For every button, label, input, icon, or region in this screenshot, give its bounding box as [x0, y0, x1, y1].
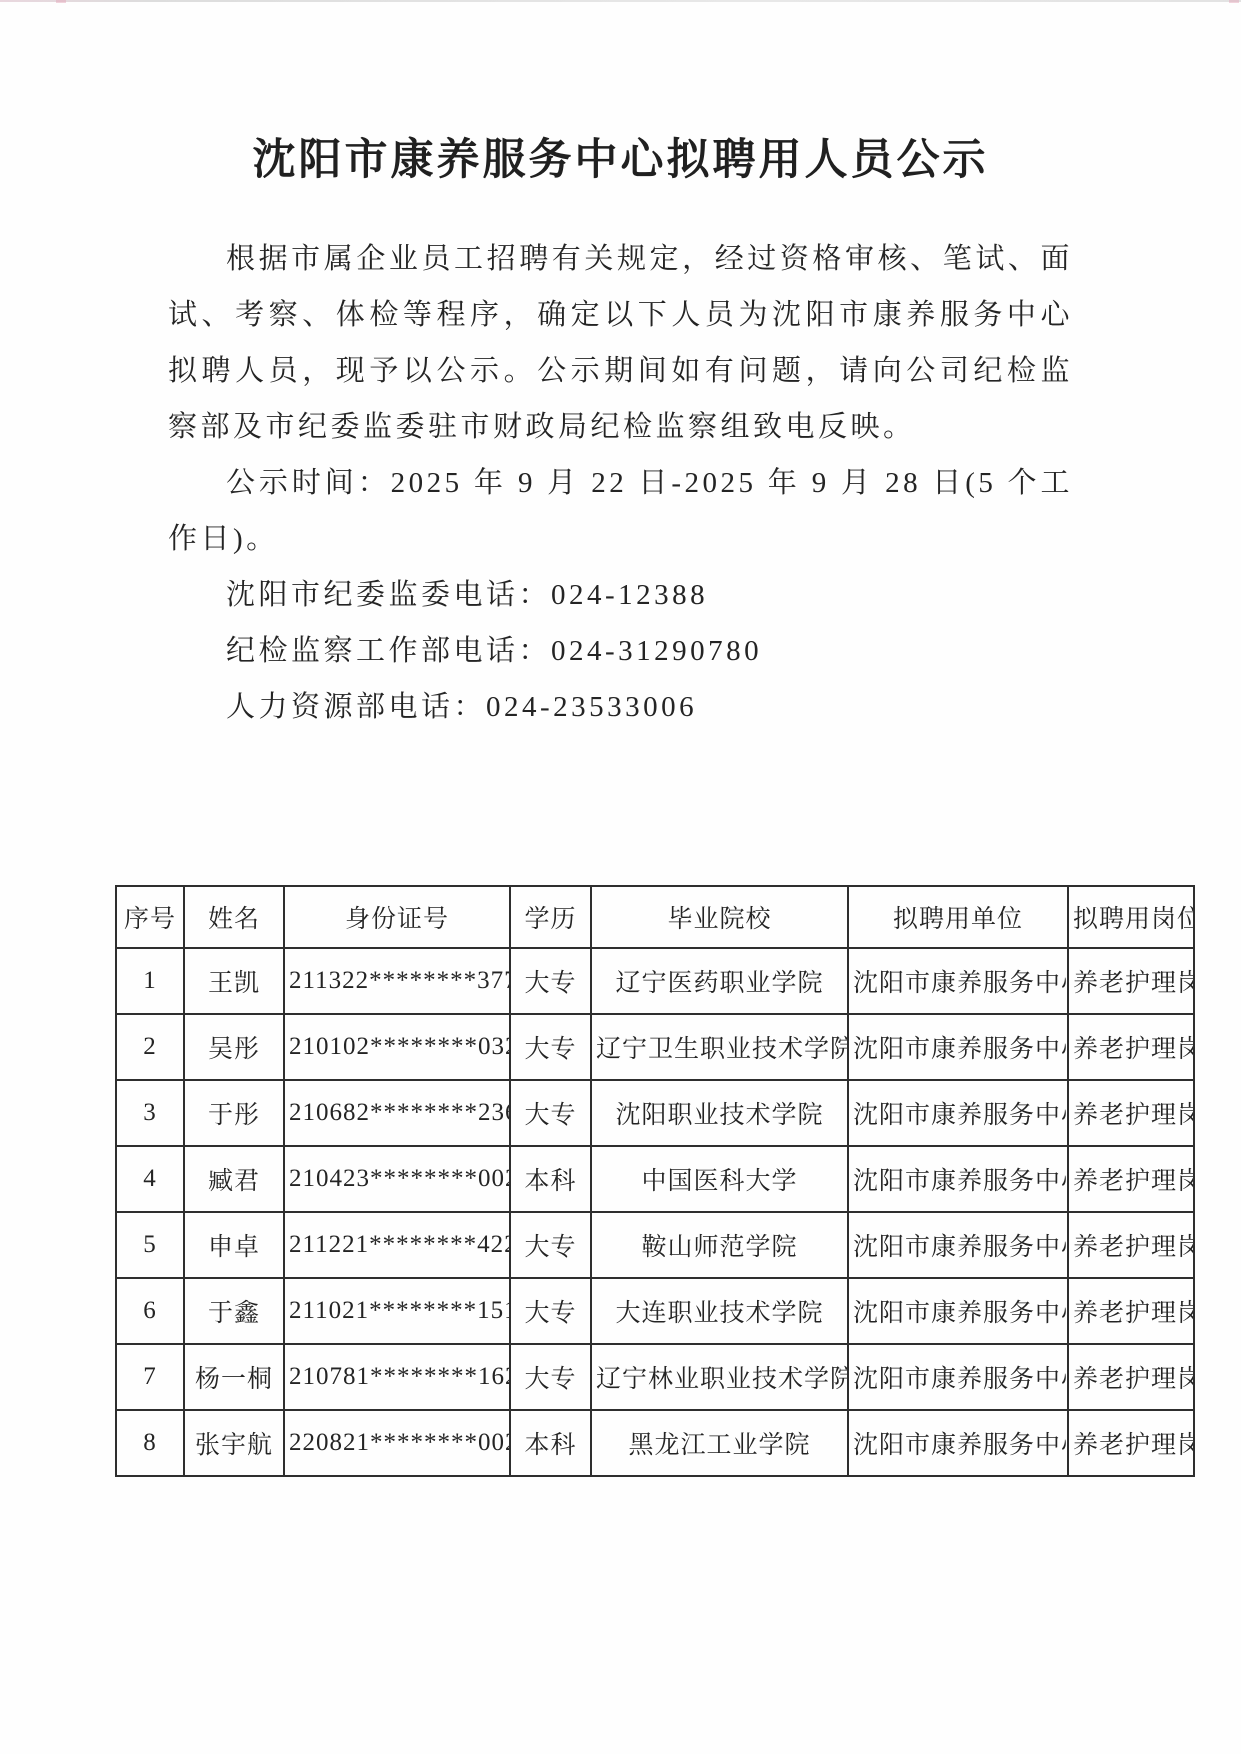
cell-name: 臧君: [184, 1146, 284, 1212]
cell-position: 养老护理岗: [1068, 1278, 1194, 1344]
column-header-id-number: 身份证号: [284, 886, 510, 948]
cell-employer: 沈阳市康养服务中心: [848, 1212, 1068, 1278]
intro-paragraph: 根据市属企业员工招聘有关规定，经过资格审核、笔试、面试、考察、体检等程序，确定以…: [168, 231, 1073, 455]
cell-id-number: 210682********2368: [284, 1080, 510, 1146]
cell-id-number: 220821********0023: [284, 1410, 510, 1476]
cell-index: 5: [116, 1212, 184, 1278]
contact-line-jiwei: 沈阳市纪委监委电话：024-12388: [168, 567, 1073, 623]
contact-line-hr: 人力资源部电话：024-23533006: [168, 679, 1073, 735]
column-header-school: 毕业院校: [591, 886, 848, 948]
cell-name: 王凯: [184, 948, 284, 1014]
cell-employer: 沈阳市康养服务中心: [848, 948, 1068, 1014]
cell-id-number: 210423********0020: [284, 1146, 510, 1212]
cell-index: 7: [116, 1344, 184, 1410]
cell-education: 大专: [510, 948, 591, 1014]
cell-education: 大专: [510, 1344, 591, 1410]
cell-school: 辽宁医药职业学院: [591, 948, 848, 1014]
table-row: 8张宇航220821********0023本科黑龙江工业学院沈阳市康养服务中心…: [116, 1410, 1194, 1476]
hiring-table: 序号姓名身份证号学历毕业院校拟聘用单位拟聘用岗位 1王凯211322******…: [115, 885, 1195, 1477]
cell-education: 大专: [510, 1014, 591, 1080]
cell-school: 辽宁林业职业技术学院: [591, 1344, 848, 1410]
cell-position: 养老护理岗: [1068, 948, 1194, 1014]
cell-school: 黑龙江工业学院: [591, 1410, 848, 1476]
cell-school: 辽宁卫生职业技术学院: [591, 1014, 848, 1080]
cell-index: 8: [116, 1410, 184, 1476]
cell-index: 1: [116, 948, 184, 1014]
cell-id-number: 210781********1620: [284, 1344, 510, 1410]
cell-index: 4: [116, 1146, 184, 1212]
cell-position: 养老护理岗: [1068, 1146, 1194, 1212]
column-header-name: 姓名: [184, 886, 284, 948]
cell-name: 于鑫: [184, 1278, 284, 1344]
cell-employer: 沈阳市康养服务中心: [848, 1080, 1068, 1146]
cell-name: 张宇航: [184, 1410, 284, 1476]
cell-index: 6: [116, 1278, 184, 1344]
cell-name: 于彤: [184, 1080, 284, 1146]
cell-education: 大专: [510, 1212, 591, 1278]
cell-id-number: 211021********1518: [284, 1278, 510, 1344]
table-header-row: 序号姓名身份证号学历毕业院校拟聘用单位拟聘用岗位: [116, 886, 1194, 948]
table-row: 5申卓211221********4229大专鞍山师范学院沈阳市康养服务中心养老…: [116, 1212, 1194, 1278]
cell-employer: 沈阳市康养服务中心: [848, 1146, 1068, 1212]
table-row: 4臧君210423********0020本科中国医科大学沈阳市康养服务中心养老…: [116, 1146, 1194, 1212]
cell-employer: 沈阳市康养服务中心: [848, 1344, 1068, 1410]
cell-education: 大专: [510, 1080, 591, 1146]
cell-school: 鞍山师范学院: [591, 1212, 848, 1278]
cell-position: 养老护理岗: [1068, 1212, 1194, 1278]
cell-employer: 沈阳市康养服务中心: [848, 1278, 1068, 1344]
column-header-employer: 拟聘用单位: [848, 886, 1068, 948]
table-row: 2吴彤210102********0320大专辽宁卫生职业技术学院沈阳市康养服务…: [116, 1014, 1194, 1080]
page-title: 沈阳市康养服务中心拟聘用人员公示: [0, 126, 1241, 187]
cell-education: 本科: [510, 1410, 591, 1476]
column-header-education: 学历: [510, 886, 591, 948]
cell-employer: 沈阳市康养服务中心: [848, 1410, 1068, 1476]
cell-id-number: 210102********0320: [284, 1014, 510, 1080]
cell-id-number: 211221********4229: [284, 1212, 510, 1278]
cell-name: 吴彤: [184, 1014, 284, 1080]
scan-artifact: [56, 0, 66, 3]
cell-school: 大连职业技术学院: [591, 1278, 848, 1344]
cell-position: 养老护理岗: [1068, 1014, 1194, 1080]
column-header-index: 序号: [116, 886, 184, 948]
cell-index: 3: [116, 1080, 184, 1146]
column-header-position: 拟聘用岗位: [1068, 886, 1194, 948]
document-page: 沈阳市康养服务中心拟聘用人员公示 根据市属企业员工招聘有关规定，经过资格审核、笔…: [0, 0, 1241, 1754]
table-row: 1王凯211322********3779大专辽宁医药职业学院沈阳市康养服务中心…: [116, 948, 1194, 1014]
table-row: 3于彤210682********2368大专沈阳职业技术学院沈阳市康养服务中心…: [116, 1080, 1194, 1146]
cell-name: 申卓: [184, 1212, 284, 1278]
scan-artifact: [1229, 0, 1239, 3]
cell-id-number: 211322********3779: [284, 948, 510, 1014]
cell-education: 大专: [510, 1278, 591, 1344]
cell-school: 中国医科大学: [591, 1146, 848, 1212]
cell-position: 养老护理岗: [1068, 1344, 1194, 1410]
scan-artifact: [0, 0, 1241, 2]
table-row: 7杨一桐210781********1620大专辽宁林业职业技术学院沈阳市康养服…: [116, 1344, 1194, 1410]
document-body: 根据市属企业员工招聘有关规定，经过资格审核、笔试、面试、考察、体检等程序，确定以…: [168, 231, 1073, 735]
cell-employer: 沈阳市康养服务中心: [848, 1014, 1068, 1080]
publicity-period-paragraph: 公示时间：2025 年 9 月 22 日-2025 年 9 月 28 日(5 个…: [168, 455, 1073, 567]
table-body: 1王凯211322********3779大专辽宁医药职业学院沈阳市康养服务中心…: [116, 948, 1194, 1476]
cell-position: 养老护理岗: [1068, 1410, 1194, 1476]
contact-line-jijian: 纪检监察工作部电话：024-31290780: [168, 623, 1073, 679]
cell-index: 2: [116, 1014, 184, 1080]
cell-position: 养老护理岗: [1068, 1080, 1194, 1146]
cell-name: 杨一桐: [184, 1344, 284, 1410]
cell-school: 沈阳职业技术学院: [591, 1080, 848, 1146]
table-row: 6于鑫211021********1518大专大连职业技术学院沈阳市康养服务中心…: [116, 1278, 1194, 1344]
cell-education: 本科: [510, 1146, 591, 1212]
